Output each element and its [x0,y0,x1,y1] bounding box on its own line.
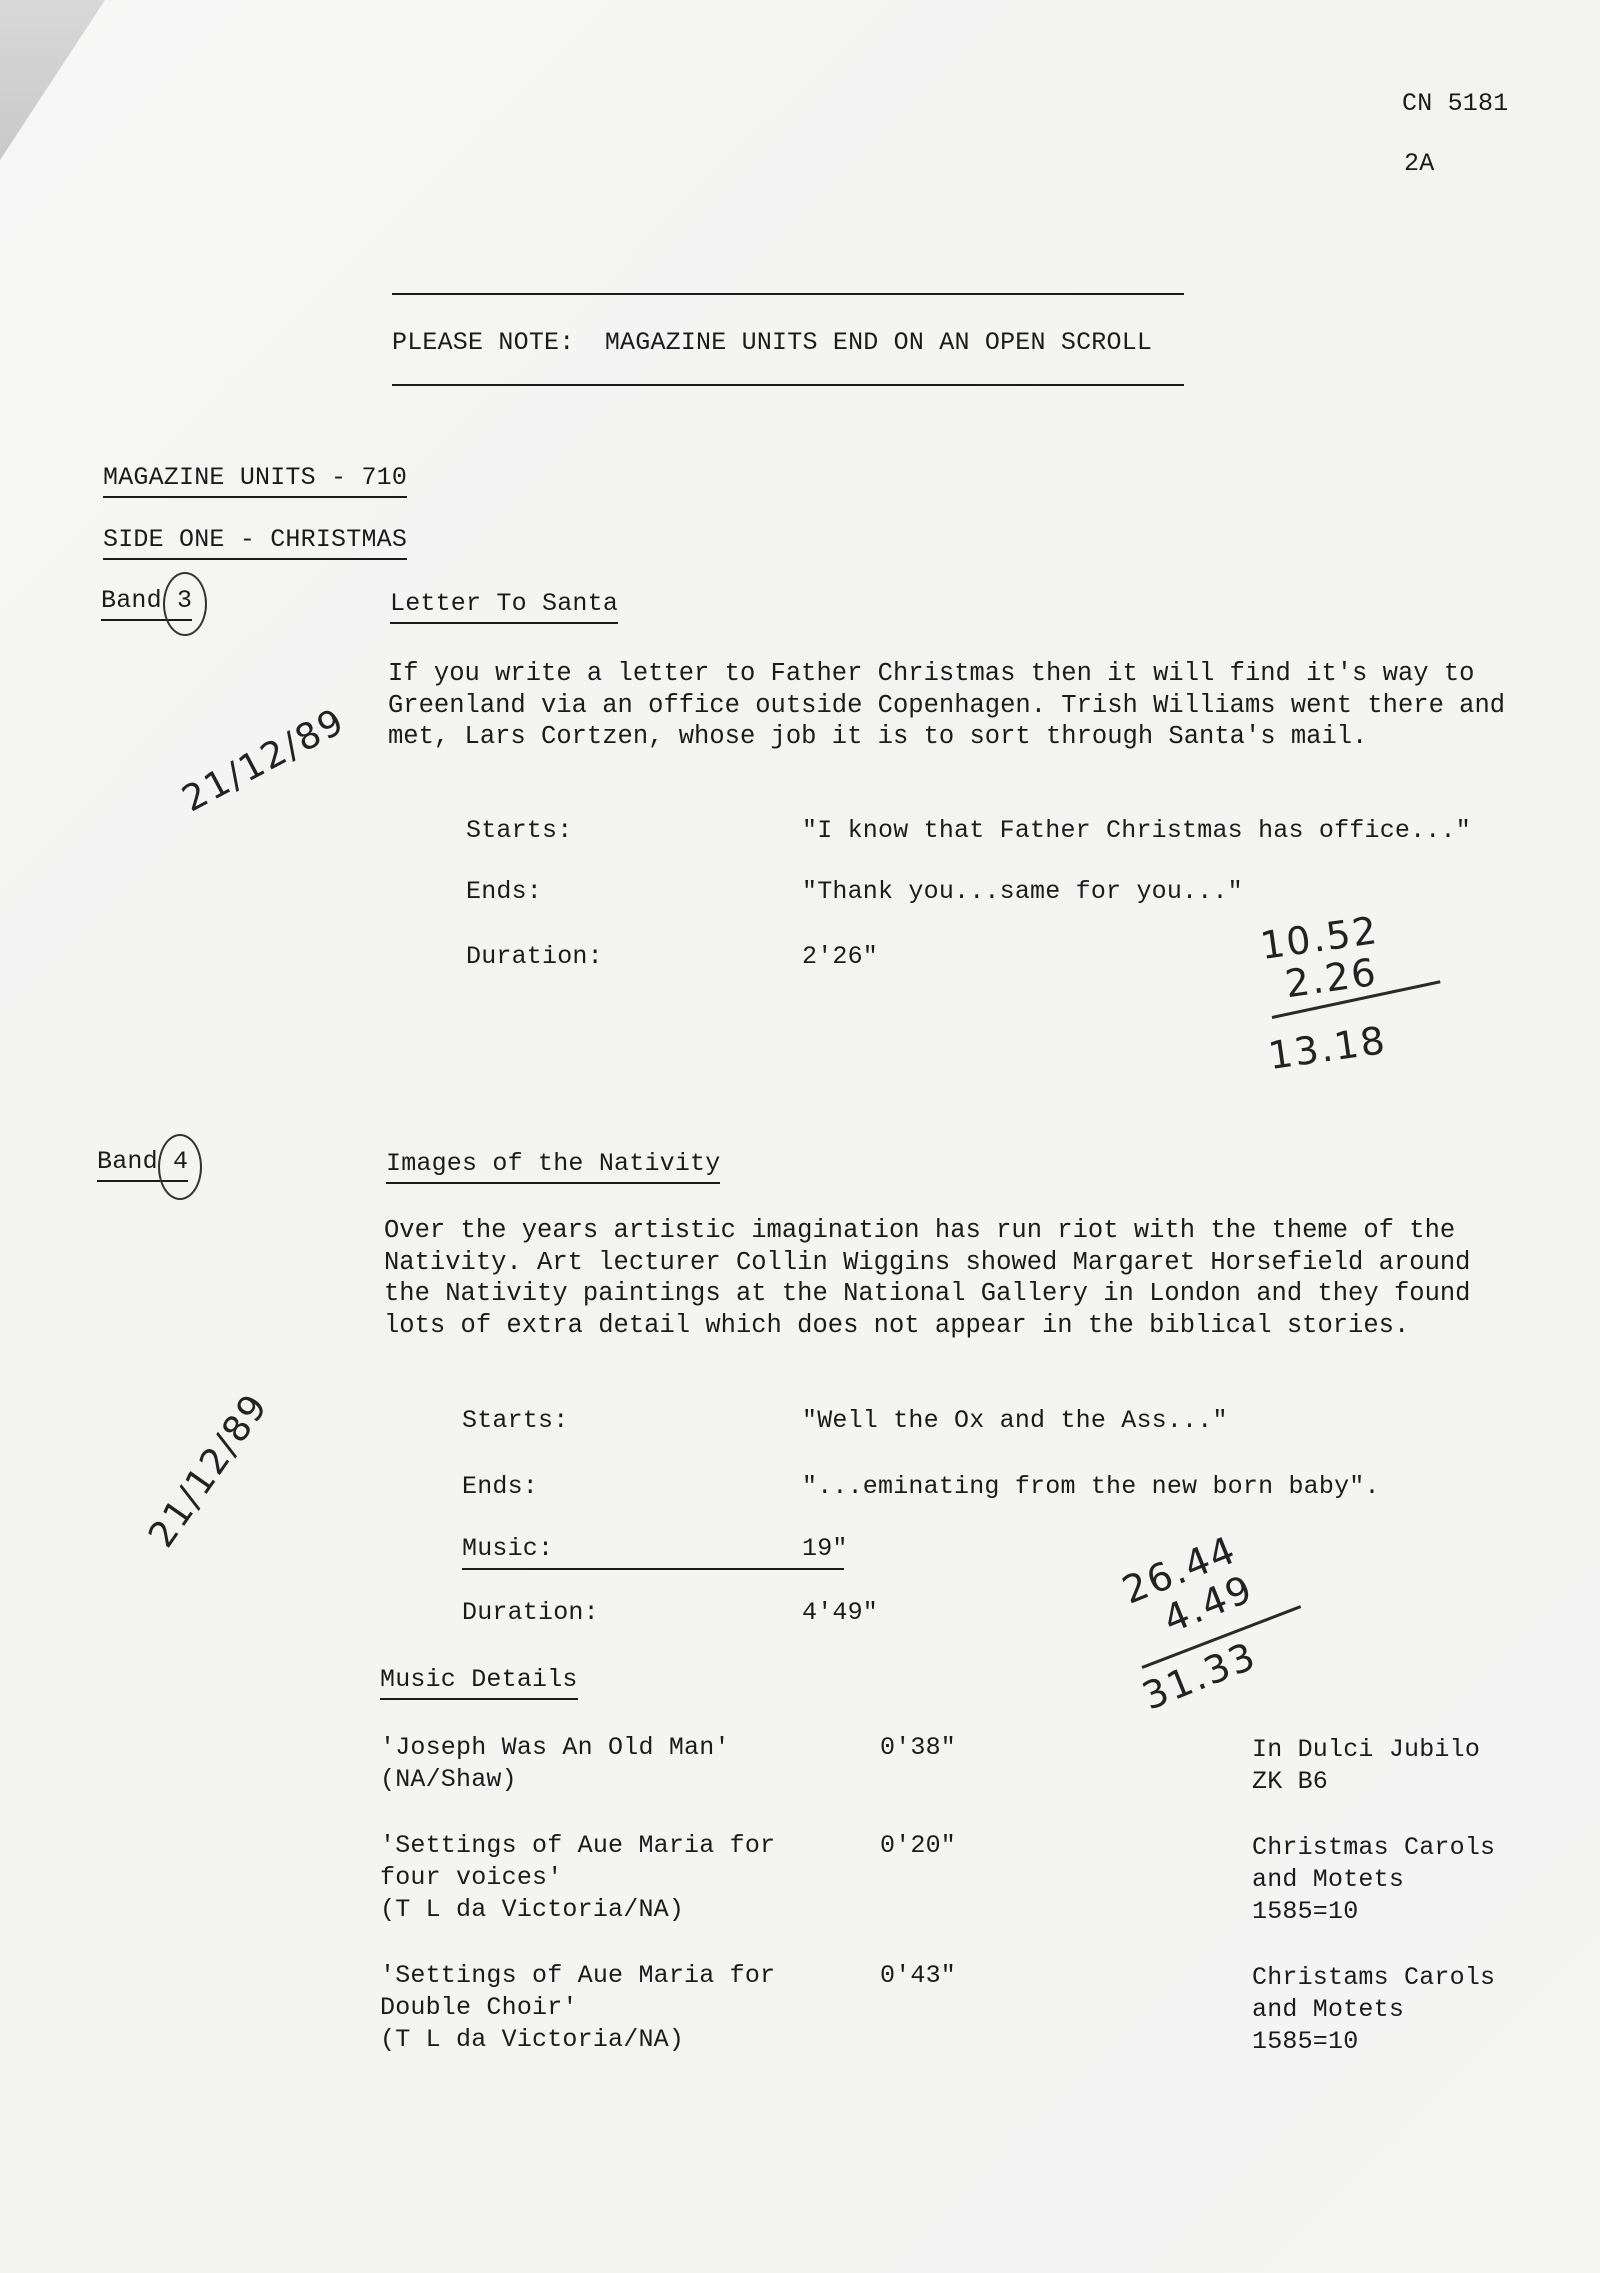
band-4-starts-label: Starts: [462,1405,568,1437]
page-label: 2A [1404,148,1434,180]
music-item-3-source-line-1: Christams Carols [1252,1962,1495,1994]
band-4-description: Over the years artistic imagination has … [384,1215,1514,1341]
band-3-starts-label: Starts: [466,815,572,847]
band-3-duration-value: 2'26" [802,941,878,973]
notice-rule-bottom [392,384,1184,386]
music-item-2-credit: (T L da Victoria/NA) [380,1894,684,1926]
band-4-ends-label: Ends: [462,1471,538,1503]
band-3-ends-label: Ends: [466,876,542,908]
band-3-duration-label: Duration: [466,941,603,973]
music-item-2-time: 0'20" [880,1830,956,1862]
music-item-1-credit: (NA/Shaw) [380,1764,517,1796]
band-4-circle-mark [158,1134,202,1200]
band-3-ends-value: "Thank you...same for you..." [802,876,1243,908]
band-4-title: Images of the Nativity [386,1148,720,1184]
music-item-2-title: 'Settings of Aue Maria for [380,1830,775,1862]
band-4-duration-label: Duration: [462,1597,599,1629]
band-3-handwritten-date: 21/12/89 [176,701,352,821]
music-item-3-title: 'Settings of Aue Maria for [380,1960,775,1992]
music-item-2-source-line-1: Christmas Carols [1252,1832,1495,1864]
band-4-starts-value: "Well the Ox and the Ass..." [802,1405,1228,1437]
music-item-3-title-line-2: Double Choir' [380,1992,578,2024]
music-item-3-credit: (T L da Victoria/NA) [380,2024,684,2056]
music-item-2-source-line-3: 1585=10 [1252,1896,1358,1928]
band-3-circle-mark [163,572,207,636]
music-item-1-source-line-1: In Dulci Jubilo [1252,1734,1480,1766]
music-item-3-time: 0'43" [880,1960,956,1992]
music-item-3-source-line-2: and Motets [1252,1994,1404,2026]
reference-code: CN 5181 [1402,88,1508,120]
band-3-starts-value: "I know that Father Christmas has office… [802,815,1471,847]
band-4-music-value: 19" [802,1533,848,1565]
band-4-duration-value: 4'49" [802,1597,878,1629]
band-3-sum-total: 13.18 [1266,1018,1390,1078]
music-item-2-title-line-2: four voices' [380,1862,562,1894]
music-item-3-source-line-3: 1585=10 [1252,2026,1358,2058]
music-item-1-title: 'Joseph Was An Old Man' [380,1732,730,1764]
music-details-heading: Music Details [380,1664,578,1700]
band-4-handwritten-date: 21/12/89 [141,1386,277,1555]
notice-rule-top [392,293,1184,295]
band-4-music-label: Music: [462,1533,553,1565]
music-item-1-time: 0'38" [880,1732,956,1764]
magazine-units-heading: MAGAZINE UNITS - 710 [103,462,407,498]
band-3-title: Letter To Santa [390,588,618,624]
music-underline [462,1568,844,1570]
band-4-ends-value: "...eminating from the new born baby". [802,1471,1380,1503]
side-heading: SIDE ONE - CHRISTMAS [103,524,407,560]
band-3-description: If you write a letter to Father Christma… [388,658,1518,753]
open-scroll-notice: PLEASE NOTE: MAGAZINE UNITS END ON AN OP… [392,327,1152,359]
music-item-1-source-line-2: ZK B6 [1252,1766,1328,1798]
music-item-2-source-line-2: and Motets [1252,1864,1404,1896]
folded-corner [0,0,105,160]
document-page: CN 5181 2A PLEASE NOTE: MAGAZINE UNITS E… [0,0,1600,2273]
